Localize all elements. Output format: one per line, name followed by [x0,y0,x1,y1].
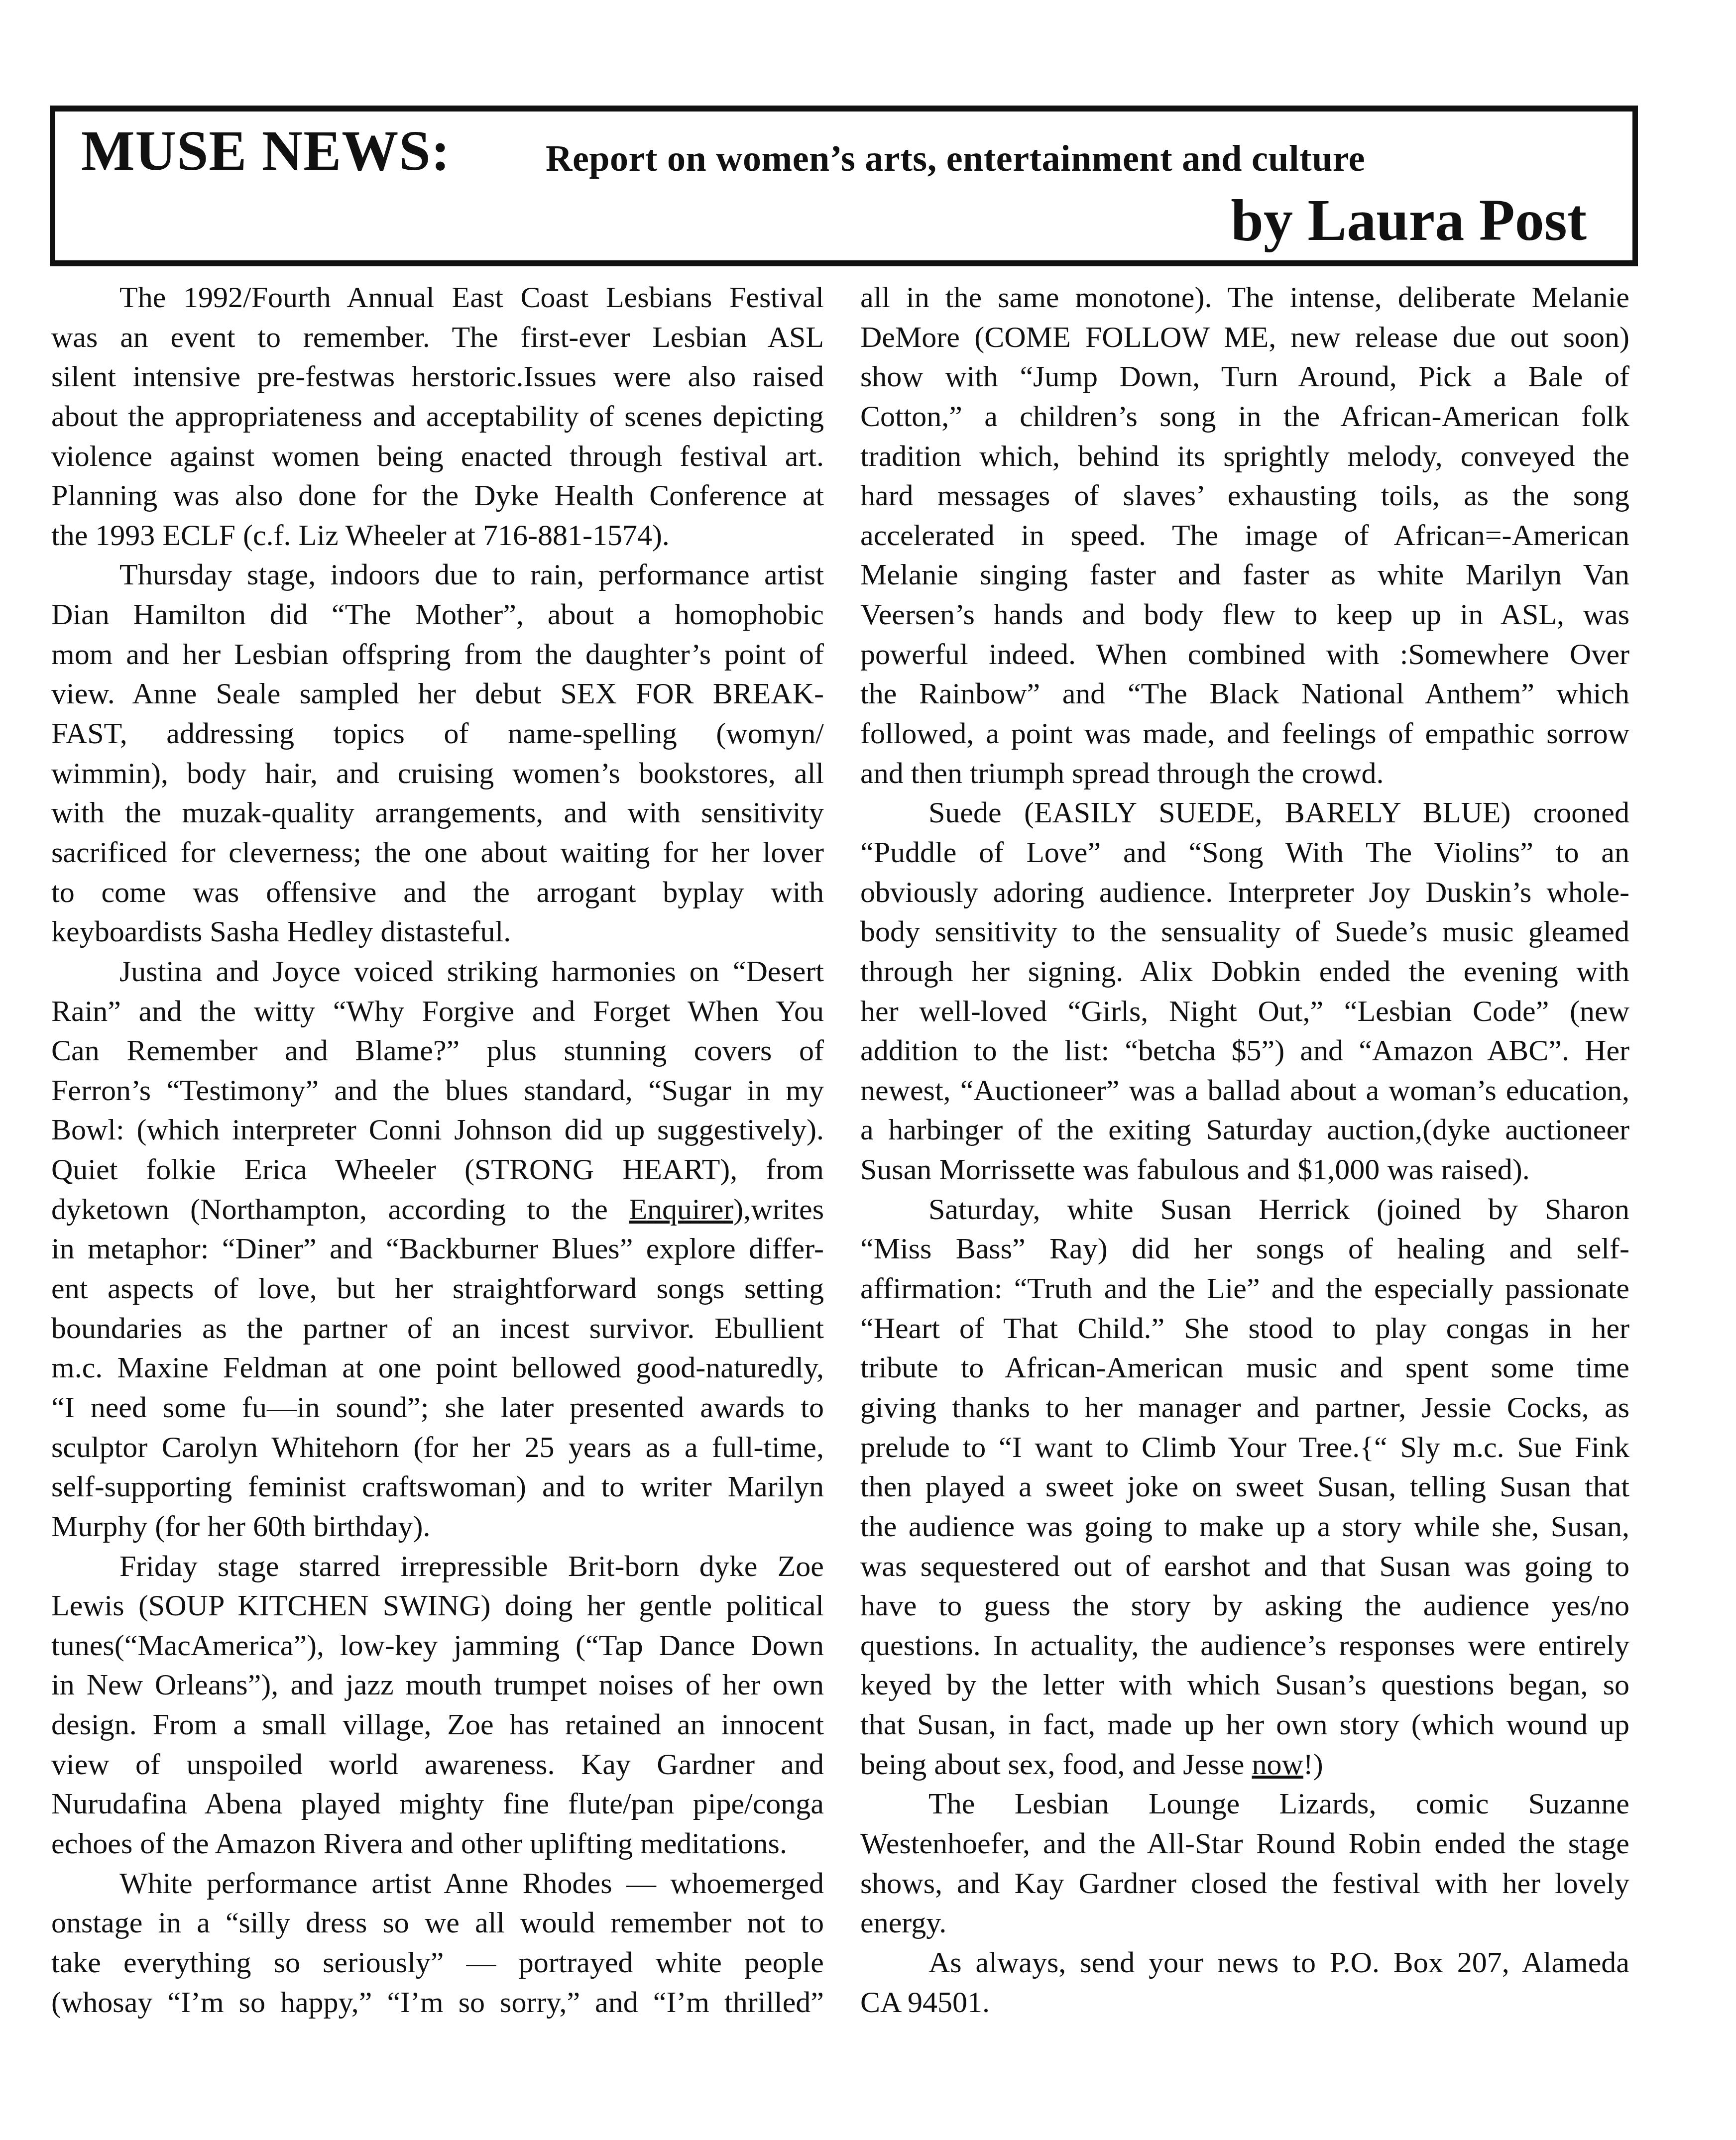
text-line: Justina and Joyce voiced striking harmon… [51,952,824,992]
text-line: CA 94501. [860,1983,1629,2023]
text-line: Planning was also done for the Dyke Heal… [51,476,824,516]
text-line: Veersen’s hands and body flew to keep up… [860,595,1629,635]
column-subtitle: Report on women’s arts, entertainment an… [546,140,1365,177]
text-line: was sequestered out of earshot and that … [860,1547,1629,1586]
text-line: Susan Morrissette was fabulous and $1,00… [860,1150,1629,1190]
text-line: “Heart of That Child.” She stood to play… [860,1309,1629,1349]
text-line: through her signing. Alix Dobkin ended t… [860,952,1629,992]
text-line: self-supporting feminist craftswoman) an… [51,1467,824,1507]
text-line: Dian Hamilton did “The Mother”, about a … [51,595,824,635]
text-line: the audience was going to make up a stor… [860,1507,1629,1547]
text-line: then played a sweet joke on sweet Susan,… [860,1467,1629,1507]
text-line: and then triumph spread through the crow… [860,754,1629,793]
text-line: show with “Jump Down, Turn Around, Pick … [860,357,1629,397]
text-line: powerful indeed. When combined with :Som… [860,635,1629,675]
text-line: tunes(“MacAmerica”), low-key jamming (“T… [51,1626,824,1666]
text-fragment: writes [751,1193,824,1226]
text-line: a harbinger of the exiting Saturday auct… [860,1110,1629,1150]
text-line: followed, a point was made, and feelings… [860,714,1629,754]
text-line: her well-loved “Girls, Night Out,” “Lesb… [860,992,1629,1031]
text-line: that Susan, in fact, made up her own sto… [860,1705,1629,1745]
text-line: the 1993 ECLF (c.f. Liz Wheeler at 716-8… [51,516,824,556]
text-line: all in the same monotone). The intense, … [860,278,1629,318]
text-line: As always, send your news to P.O. Box 20… [860,1943,1629,1983]
text-line: was an event to remember. The first-ever… [51,318,824,357]
text-line: “Puddle of Love” and “Song With The Viol… [860,833,1629,873]
text-line: wimmin), body hair, and cruising women’s… [51,754,824,793]
text-line: obviously adoring audience. Interpreter … [860,873,1629,912]
text-line: affirmation: “Truth and the Lie” and the… [860,1269,1629,1309]
text-line: Lewis (SOUP KITCHEN SWING) doing her gen… [51,1586,824,1626]
text-line: sculptor Carolyn Whitehorn (for her 25 y… [51,1428,824,1467]
text-line: mom and her Lesbian offspring from the d… [51,635,824,675]
text-line: echoes of the Amazon Rivera and other up… [51,1824,824,1864]
text-line: in metaphor: “Diner” and “Backburner Blu… [51,1229,824,1269]
text-line: energy. [860,1903,1629,1943]
underlined-text: Enquirer), [629,1193,751,1226]
text-line: have to guess the story by asking the au… [860,1586,1629,1626]
text-line: keyed by the letter with which Susan’s q… [860,1665,1629,1705]
text-line: in New Orleans”), and jazz mouth trumpet… [51,1665,824,1705]
text-line: Cotton,” a children’s song in the Africa… [860,397,1629,437]
text-line: tribute to African-American music and sp… [860,1348,1629,1388]
text-line: Friday stage starred irrepressible Brit-… [51,1547,824,1586]
text-line: accelerated in speed. The image of Afric… [860,516,1629,556]
text-line: with the muzak-quality arrangements, and… [51,793,824,833]
text-line: the Rainbow” and “The Black National Ant… [860,674,1629,714]
text-line: addition to the list: “betcha $5”) and “… [860,1031,1629,1071]
text-line: “I need some fu—in sound”; she later pre… [51,1388,824,1428]
text-line: FAST, addressing topics of name-spelling… [51,714,824,754]
text-line: ent aspects of love, but her straightfor… [51,1269,824,1309]
text-line: Murphy (for her 60th birthday). [51,1507,824,1547]
masthead-box: MUSE NEWS: Report on women’s arts, enter… [50,106,1638,266]
underlined-text: now [1252,1748,1303,1781]
text-line: Quiet folkie Erica Wheeler (STRONG HEART… [51,1150,824,1190]
text-line: m.c. Maxine Feldman at one point bellowe… [51,1348,824,1388]
text-line: onstage in a “silly dress so we all woul… [51,1903,824,1943]
article-column-right: all in the same monotone). The intense, … [860,278,1629,2022]
text-line: Nurudafina Abena played mighty fine flut… [51,1784,824,1824]
text-line: dyketown (Northampton, according to the … [51,1190,824,1230]
text-line: (whosay “I’m so happy,” “I’m so sorry,” … [51,1983,824,2023]
text-line: being about sex, food, and Jesse now!) [860,1745,1629,1785]
text-fragment: !) [1303,1748,1323,1781]
text-line: body sensitivity to the sensuality of Su… [860,912,1629,952]
text-line: to come was offensive and the arrogant b… [51,873,824,912]
text-line: view. Anne Seale sampled her debut SEX F… [51,674,824,714]
text-line: sacrificed for cleverness; the one about… [51,833,824,873]
text-line: Can Remember and Blame?” plus stunning c… [51,1031,824,1071]
text-line: tradition which, behind its sprightly me… [860,437,1629,476]
text-line: Rain” and the witty “Why Forgive and For… [51,992,824,1031]
text-line: DeMore (COME FOLLOW ME, new release due … [860,318,1629,357]
author-byline: by Laura Post [1231,191,1587,250]
text-line: The 1992/Fourth Annual East Coast Lesbia… [51,278,824,318]
text-line: “Miss Bass” Ray) did her songs of healin… [860,1229,1629,1269]
text-line: Thursday stage, indoors due to rain, per… [51,555,824,595]
text-line: questions. In actuality, the audience’s … [860,1626,1629,1666]
text-line: shows, and Kay Gardner closed the festiv… [860,1864,1629,1904]
text-line: hard messages of slaves’ exhausting toil… [860,476,1629,516]
text-line: White performance artist Anne Rhodes — w… [51,1864,824,1904]
text-line: Ferron’s “Testimony” and the blues stand… [51,1071,824,1111]
text-line: prelude to “I want to Climb Your Tree.{“… [860,1428,1629,1467]
text-line: design. From a small village, Zoe has re… [51,1705,824,1745]
text-line: Saturday, white Susan Herrick (joined by… [860,1190,1629,1230]
text-line: silent intensive pre-festwas herstoric.I… [51,357,824,397]
text-line: view of unspoiled world awareness. Kay G… [51,1745,824,1785]
text-line: The Lesbian Lounge Lizards, comic Suzann… [860,1784,1629,1824]
text-line: take everything so seriously” — portraye… [51,1943,824,1983]
text-line: boundaries as the partner of an incest s… [51,1309,824,1349]
publication-title: MUSE NEWS: [81,122,451,179]
text-line: giving thanks to her manager and partner… [860,1388,1629,1428]
text-line: Suede (EASILY SUEDE, BARELY BLUE) croone… [860,793,1629,833]
text-line: keyboardists Sasha Hedley distasteful. [51,912,824,952]
text-line: violence against women being enacted thr… [51,437,824,476]
text-line: Melanie singing faster and faster as whi… [860,555,1629,595]
text-line: newest, “Auctioneer” was a ballad about … [860,1071,1629,1111]
text-line: Westenhoefer, and the All-Star Round Rob… [860,1824,1629,1864]
text-line: about the appropriateness and acceptabil… [51,397,824,437]
article-column-left: The 1992/Fourth Annual East Coast Lesbia… [51,278,824,2022]
text-line: Bowl: (which interpreter Conni Johnson d… [51,1110,824,1150]
